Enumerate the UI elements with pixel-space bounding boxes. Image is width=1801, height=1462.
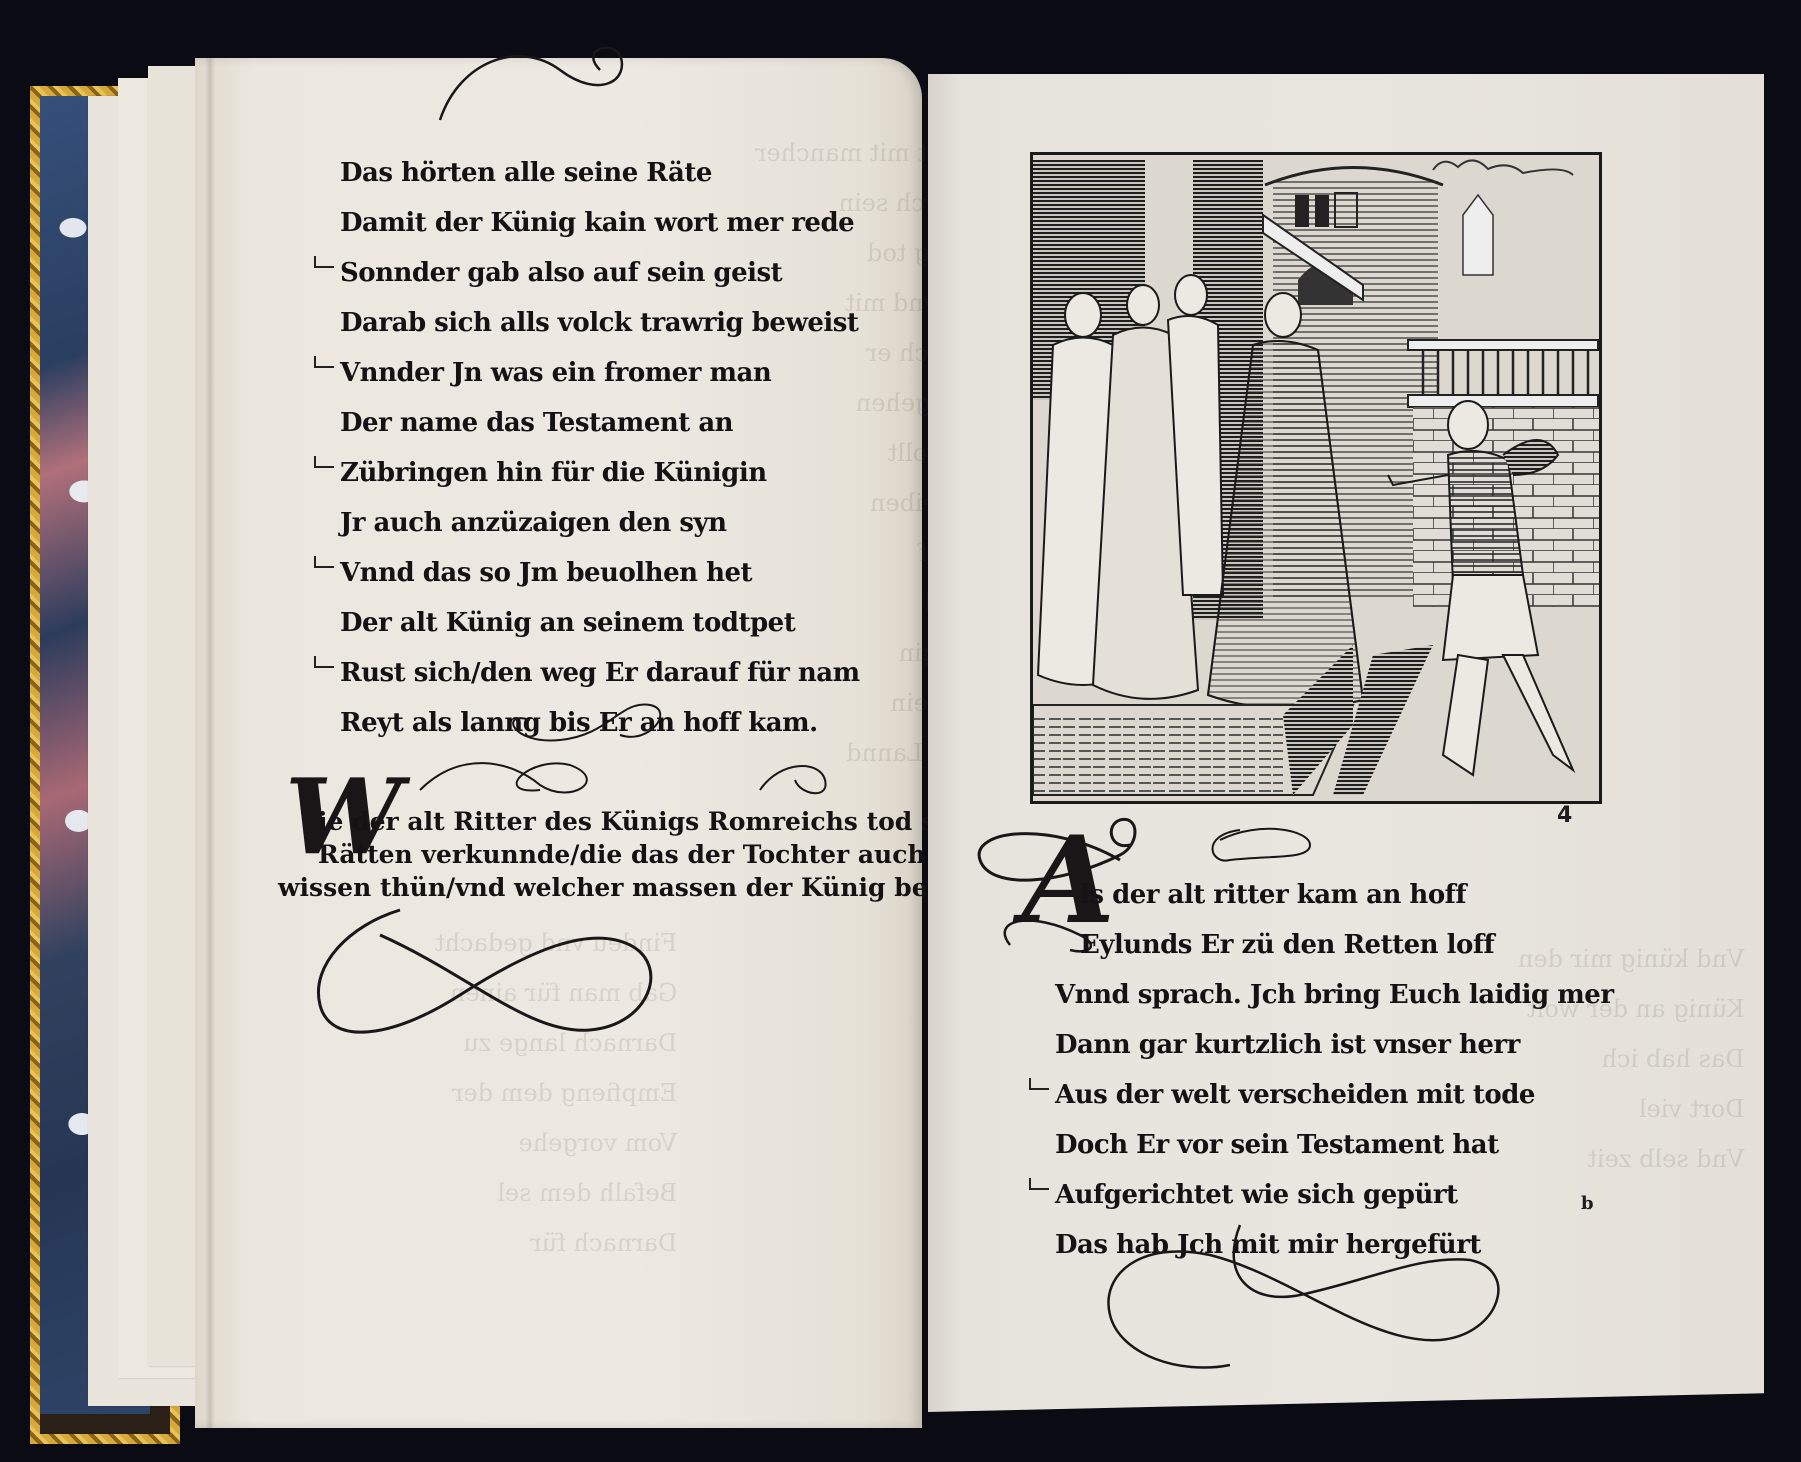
verse-line: Vnnd sprach. Jch bring Euch laidig mer: [1055, 970, 1614, 1020]
decorative-flourish: [430, 40, 640, 130]
verse-line: Damit der Künig kain wort mer rede: [340, 198, 860, 248]
verse-line: Aus der welt verscheiden mit tode: [1055, 1070, 1614, 1120]
verse-line: Der alt Künig an seinem todtpet: [340, 598, 860, 648]
verse-line: Darab sich alls volck trawrig beweist: [340, 298, 860, 348]
verse-line: Vnnder Jn was ein fromer man: [340, 348, 860, 398]
verse-line: Jr auch anzüzaigen den syn: [340, 498, 860, 548]
verse-line: Doch Er vor sein Testament hat: [1055, 1120, 1614, 1170]
open-book-photo: Auff recht mit mancherDann durch seinDen…: [0, 0, 1801, 1462]
verse-line: Das hörten alle seine Räte: [340, 148, 860, 198]
woodcut-illustration: [1030, 152, 1602, 804]
left-verse: Das hörten alle seine Räte Damit der Kün…: [340, 148, 860, 748]
verse-line: Zübringen hin für die Künigin: [340, 448, 860, 498]
verse-line: ls der alt ritter kam an hoff: [1080, 870, 1494, 920]
page-number: 4: [1557, 803, 1572, 828]
verse-line: Eylunds Er zü den Retten loff: [1080, 920, 1494, 970]
signature-mark: b: [1581, 1193, 1594, 1214]
verse-line: Aufgerichtet wie sich gepürt: [1055, 1170, 1614, 1220]
woodcut-scene-graphic: [1033, 155, 1599, 801]
verse-line: Sonnder gab also auf sein geist: [340, 248, 860, 298]
decorative-flourish: [310, 905, 670, 1055]
verse-line: Dann gar kurtzlich ist vnser herr: [1055, 1020, 1614, 1070]
verse-line: Der name das Testament an: [340, 398, 860, 448]
right-verse: ls der alt ritter kam an hoff Eylunds Er…: [1080, 870, 1494, 970]
decorative-flourish: [400, 750, 840, 810]
decorative-flourish: [500, 690, 660, 750]
decorative-flourish: [1090, 1215, 1510, 1385]
verse-line: Vnnd das so Jm beuolhen het: [340, 548, 860, 598]
